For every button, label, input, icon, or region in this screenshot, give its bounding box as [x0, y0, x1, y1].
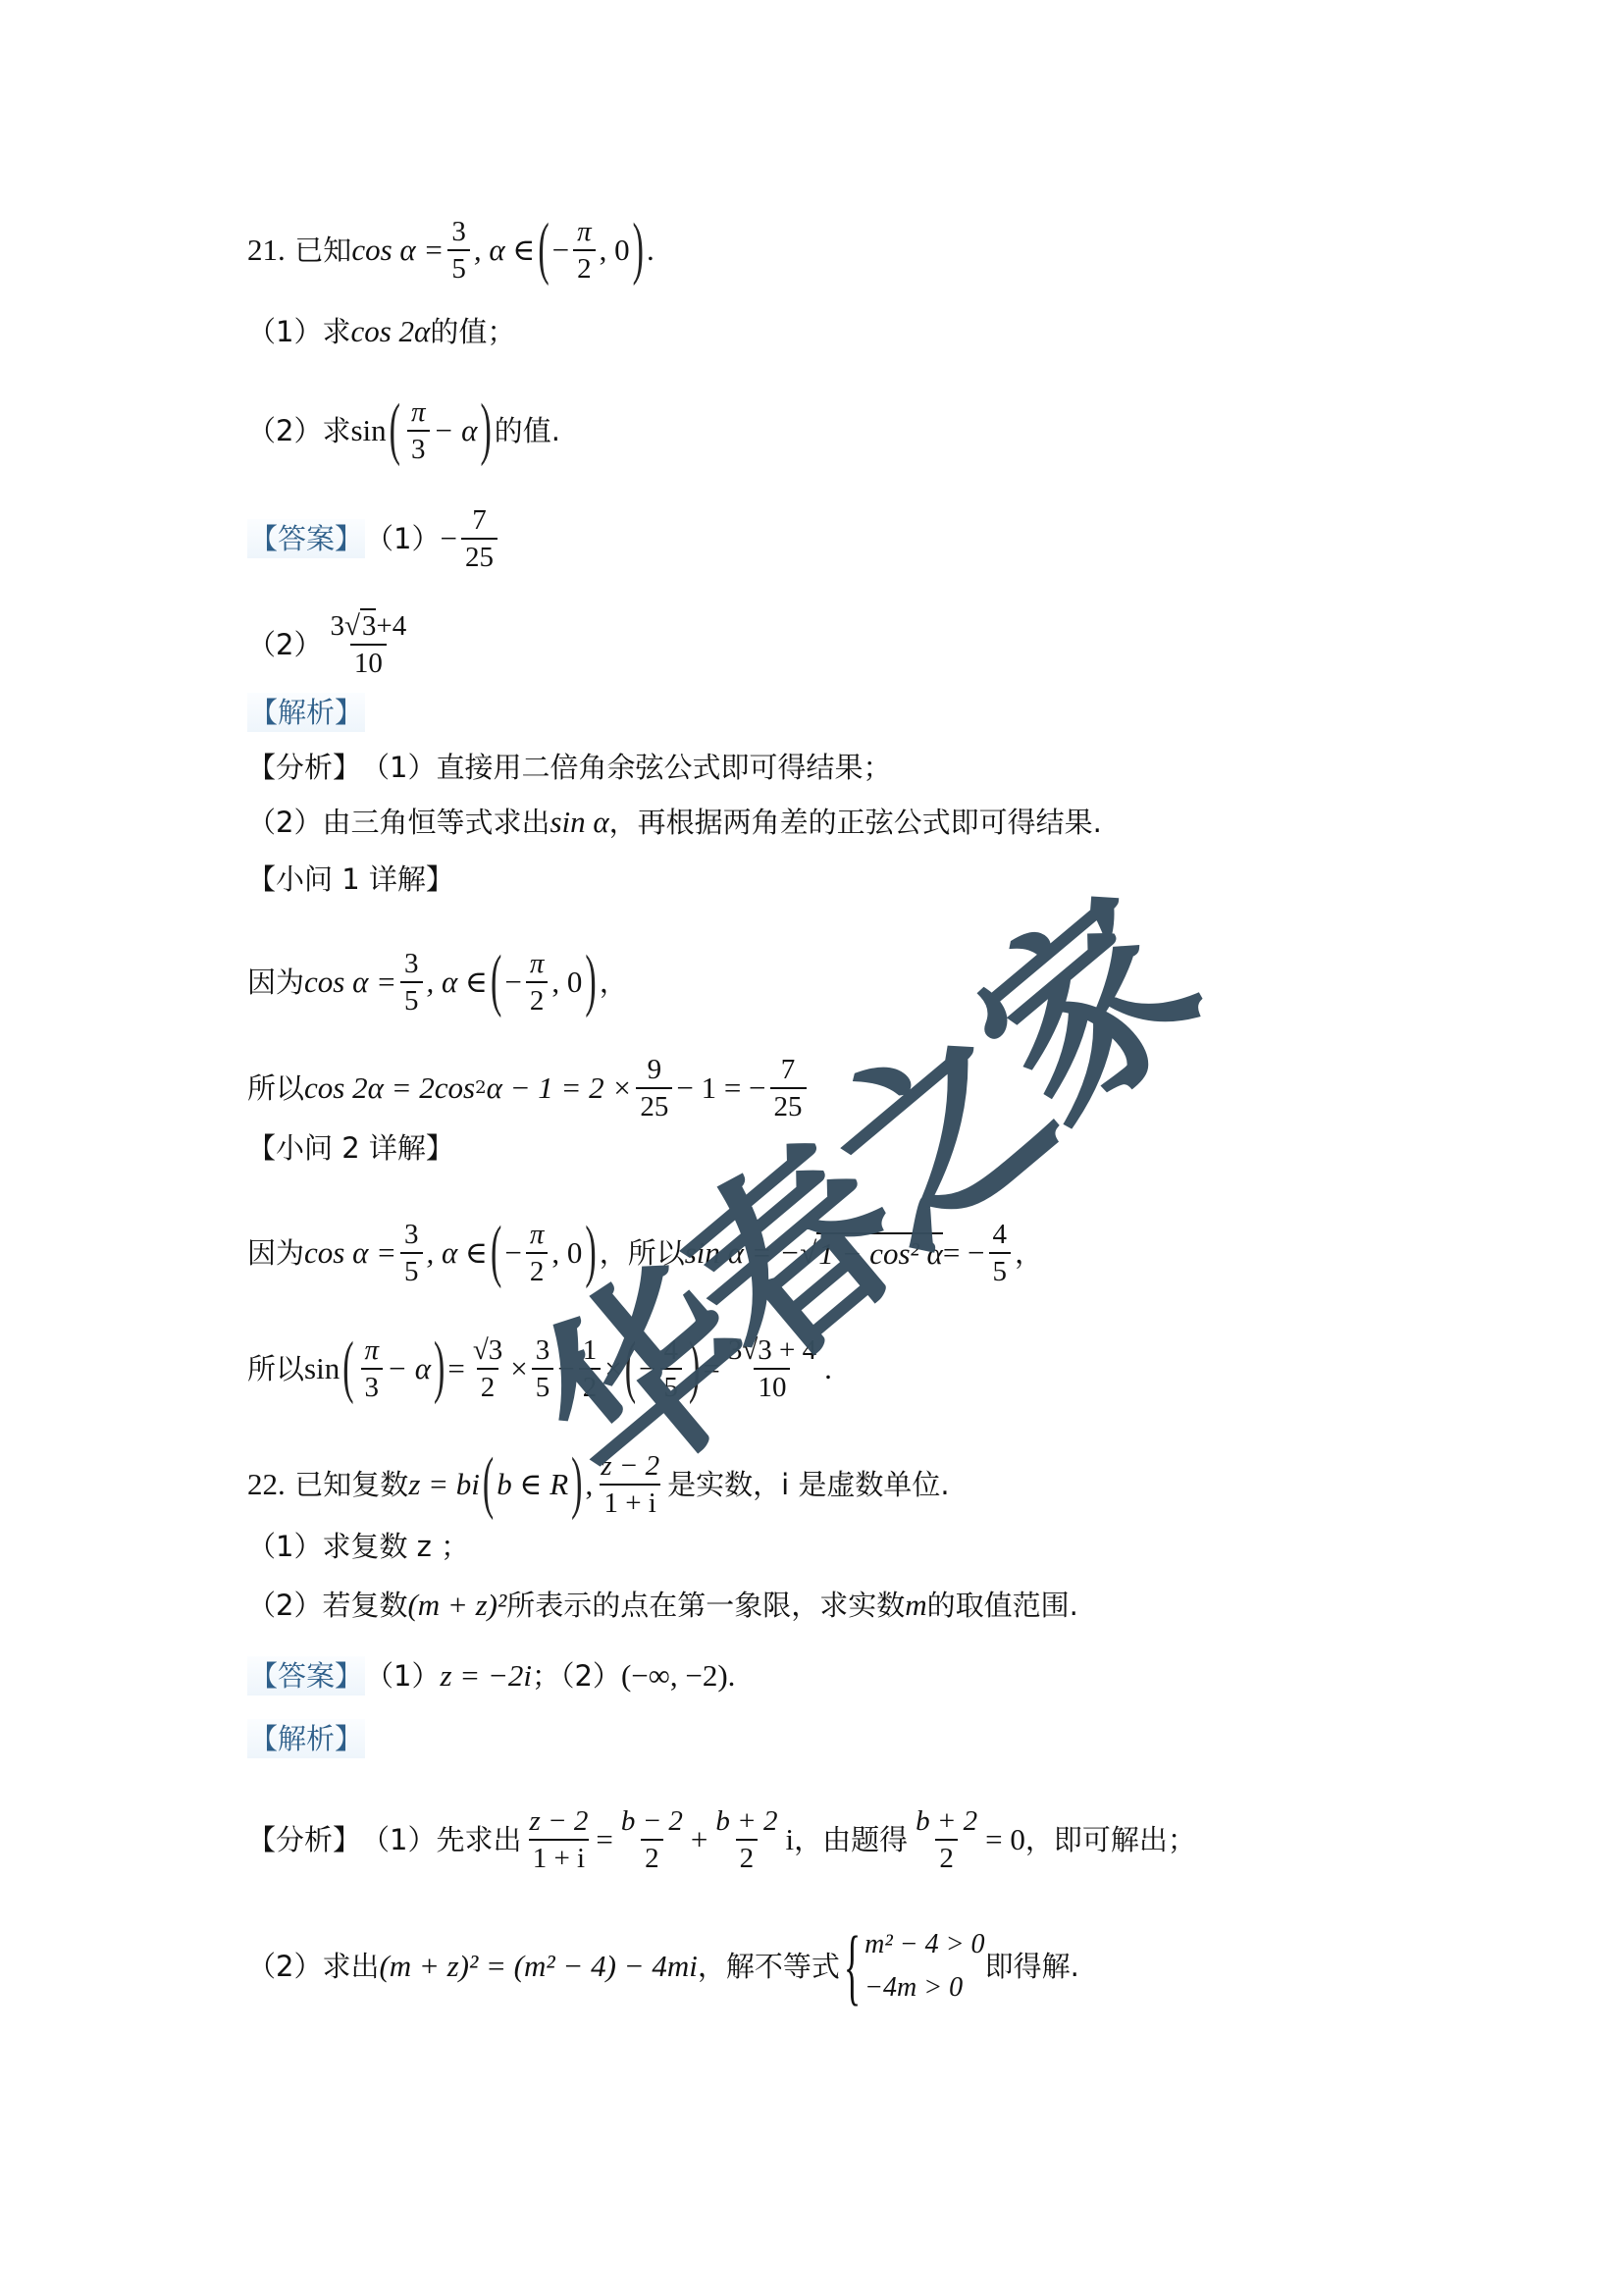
q21-answer-1: 【答案】 （1） − 725 [247, 502, 501, 575]
fraction: π3 [361, 1332, 384, 1405]
right-paren: ) [633, 209, 644, 291]
denominator: 2 [526, 981, 549, 1018]
denominator: 25 [770, 1087, 807, 1124]
math: , 0 [551, 1233, 582, 1273]
period: . [824, 1349, 832, 1388]
text: 已知复数 [294, 1465, 408, 1504]
denominator: 10 [350, 644, 387, 681]
analysis-tag: 【分析】 [247, 748, 361, 787]
fraction: 3√3+4 10 [326, 608, 410, 681]
text: 的值； [430, 312, 515, 351]
period: . [728, 1656, 736, 1696]
text: （2）求出 [247, 1947, 379, 1986]
denominator: 2 [477, 1368, 499, 1405]
text: （1）先求出 [361, 1820, 521, 1859]
stem-text: 已知 [294, 231, 351, 270]
text: ，再根据两角差的正弦公式即可得结果. [609, 803, 1102, 842]
math: sin [350, 411, 386, 450]
detail-tag: 【小问 1 详解】 [247, 860, 454, 899]
math: cos 2α [350, 312, 430, 351]
text: ，即可解出； [1025, 1820, 1196, 1859]
left-paren: ( [483, 1443, 494, 1526]
q21-detail2-line2: 所以 sin ( π3 − α ) = √32 × 35 − 12 × ( − … [247, 1332, 832, 1405]
math: cos α = [304, 1233, 396, 1273]
watermark-text: 华春之家 [467, 828, 1239, 1541]
q22-stem: 22. 已知复数 z = bi ( b ∈ R ) , z − 21 + i 是… [247, 1448, 950, 1521]
math: = [703, 1349, 719, 1388]
radicand: 1 − cos² α [816, 1232, 943, 1274]
q22-part1: （1）求复数 z ； [247, 1527, 469, 1566]
inequality-system: m² − 4 > 0 −4m > 0 [864, 1923, 984, 2009]
math: = [447, 1349, 464, 1388]
fraction: 725 [461, 502, 497, 575]
math: = − [943, 1233, 985, 1273]
answer-tag: 【答案】 [247, 1656, 365, 1696]
right-paren: ) [585, 1212, 596, 1294]
math: z = bi [408, 1465, 480, 1504]
inequality: m² − 4 > 0 [864, 1923, 984, 1966]
text: 所表示的点在第一象限，求实数 [506, 1586, 905, 1625]
numerator: √3 [469, 1332, 506, 1368]
math: = 0 [985, 1820, 1025, 1859]
math: , 0 [551, 963, 582, 1002]
math: (m + z)² [407, 1586, 506, 1625]
text: ；（2） [532, 1656, 621, 1696]
math: − [557, 1349, 574, 1388]
numerator: b − 2 [617, 1803, 687, 1839]
text: （2）由三角恒等式求出 [247, 803, 550, 842]
part-label: （1） [365, 519, 440, 558]
denominator: 5 [989, 1252, 1012, 1289]
period: . [647, 231, 654, 270]
text: 是实数，i 是虚数单位. [667, 1465, 950, 1504]
numerator: π [526, 1217, 549, 1252]
fraction: π2 [526, 1217, 549, 1289]
numerator: π [361, 1332, 384, 1368]
solution-tag: 【解析】 [247, 693, 365, 732]
document-page: 21. 已知 cos α = 35 , α ∈ ( − π2 , 0 ) . （… [0, 0, 1623, 2296]
q21-detail2-line1: 因为 cos α = 35 , α ∈ ( − π2 , 0 ) ，所以 sin… [247, 1217, 1043, 1289]
denominator: 2 [641, 1839, 663, 1876]
denominator: 25 [636, 1087, 672, 1124]
part-label: （1） [365, 1656, 440, 1696]
text: 所以 [247, 1069, 304, 1108]
fraction: b + 22 [912, 1803, 981, 1876]
q21-detail1-line1: 因为 cos α = 35 , α ∈ ( − π2 , 0 ) ， [247, 946, 628, 1018]
denominator: 5 [400, 1252, 423, 1289]
numerator: 1 [579, 1332, 602, 1368]
left-paren: ( [491, 941, 501, 1023]
text: 求 [322, 312, 350, 351]
math: i [785, 1820, 794, 1859]
fraction: 3√3 + 410 [724, 1332, 820, 1405]
text: 所以 [247, 1349, 304, 1388]
math: cos α = [304, 963, 396, 1002]
math: , [585, 1465, 593, 1504]
math: − α [434, 411, 478, 450]
fraction: π2 [573, 214, 596, 287]
math: − α [387, 1349, 431, 1388]
fraction: π3 [407, 394, 430, 467]
q21-analysis-2: （2）由三角恒等式求出 sin α ，再根据两角差的正弦公式即可得结果. [247, 803, 1102, 842]
numerator: 7 [468, 502, 491, 538]
math: = [596, 1820, 612, 1859]
fraction: b − 22 [617, 1803, 687, 1876]
fraction: 45 [989, 1217, 1012, 1289]
fraction: z − 21 + i [597, 1448, 663, 1521]
numerator: 4 [660, 1332, 683, 1368]
numerator: z − 2 [597, 1448, 663, 1484]
minus-sign: − [552, 231, 569, 270]
q21-part1: （1） 求 cos 2α 的值； [247, 312, 515, 351]
numerator: π [407, 394, 430, 430]
denominator: 2 [736, 1839, 759, 1876]
denominator: 5 [660, 1368, 683, 1405]
text: 的值. [495, 411, 560, 450]
left-brace: { [844, 1919, 861, 2013]
math: + [691, 1820, 707, 1859]
right-paren: ) [689, 1328, 700, 1410]
numerator: 7 [777, 1052, 800, 1087]
question-number: 21. [247, 231, 286, 270]
fraction: 12 [579, 1332, 602, 1405]
text: ，由题得 [794, 1820, 908, 1859]
denominator: 2 [526, 1252, 549, 1289]
inequality: −4m > 0 [864, 1966, 984, 2009]
numerator: b + 2 [912, 1803, 981, 1839]
q21-jiexi: 【解析】 [247, 693, 365, 732]
q21-detail2-tag: 【小问 2 详解】 [247, 1128, 454, 1168]
math: z = −2i [440, 1656, 532, 1696]
left-paren: ( [538, 209, 549, 291]
denominator: 10 [754, 1368, 790, 1405]
denominator: 2 [579, 1368, 602, 1405]
analysis-tag: 【分析】 [247, 1820, 361, 1859]
fraction: √32 [469, 1332, 506, 1405]
numerator: 4 [989, 1217, 1012, 1252]
fraction: 35 [400, 1217, 423, 1289]
denominator: 5 [447, 249, 470, 287]
q22-jiexi: 【解析】 [247, 1719, 365, 1758]
text: ， [600, 963, 628, 1002]
text: ，所以 [600, 1233, 685, 1273]
math-cos: cos α = [351, 231, 444, 270]
answer-tag: 【答案】 [247, 519, 365, 558]
numerator: π [573, 214, 596, 249]
denominator: 25 [461, 538, 497, 575]
left-paren: ( [390, 390, 400, 472]
math: sin [304, 1349, 340, 1388]
question-number: 22. [247, 1465, 286, 1504]
math: − 1 = − [676, 1069, 765, 1108]
denominator: 5 [532, 1368, 554, 1405]
numerator: 3√3+4 [326, 608, 410, 644]
left-paren: ( [625, 1328, 636, 1410]
text: 即得解. [985, 1947, 1079, 1986]
q21-answer-2: （2） 3√3+4 10 [247, 608, 414, 681]
text: 的取值范围. [927, 1586, 1078, 1625]
denominator: 1 + i [600, 1484, 659, 1521]
text: （2）若复数 [247, 1586, 407, 1625]
right-paren: ) [434, 1328, 445, 1410]
fraction: π2 [526, 946, 549, 1018]
right-paren: ) [585, 941, 596, 1023]
math-interval: , α ∈ [474, 231, 535, 270]
text: 因为 [247, 1233, 304, 1273]
fraction: 725 [770, 1052, 807, 1124]
term: +4 [376, 610, 406, 642]
q22-part2: （2）若复数 (m + z)² 所表示的点在第一象限，求实数 m 的取值范围. [247, 1586, 1078, 1625]
part-label: （1） [247, 312, 322, 351]
right-paren: ) [480, 390, 491, 472]
numerator: 3√3 + 4 [724, 1332, 820, 1368]
text: （1）求复数 z ； [247, 1527, 469, 1566]
text: ， [1015, 1233, 1043, 1273]
fraction: 925 [636, 1052, 672, 1124]
q21-stem: 21. 已知 cos α = 35 , α ∈ ( − π2 , 0 ) . [247, 214, 654, 287]
fraction: 35 [532, 1332, 554, 1405]
q21-analysis-1: 【分析】 （1）直接用二倍角余弦公式即可得结果； [247, 748, 891, 787]
fraction: b + 22 [711, 1803, 781, 1876]
numerator: z − 2 [525, 1803, 592, 1839]
text: （1）直接用二倍角余弦公式即可得结果； [361, 748, 891, 787]
math: (−∞, −2) [621, 1656, 728, 1696]
math-text: , 0 [600, 231, 630, 270]
minus-sign: − [504, 963, 521, 1002]
part-label: （2） [247, 625, 322, 664]
math: m [905, 1586, 926, 1625]
q22-answer: 【答案】 （1） z = −2i ；（2） (−∞, −2) . [247, 1656, 735, 1696]
solution-tag: 【解析】 [247, 1719, 365, 1758]
math: , α ∈ [427, 1233, 488, 1273]
math: sin α [550, 803, 608, 842]
math: × [510, 1349, 527, 1388]
q21-detail1-line2: 所以 cos 2α = 2cos2 α − 1 = 2 × 925 − 1 = … [247, 1052, 811, 1124]
math: (m + z)² = (m² − 4) − 4mi [379, 1947, 697, 1986]
q21-part2: （2） 求 sin ( π3 − α ) 的值. [247, 394, 560, 467]
fraction: 35 [447, 214, 470, 287]
q22-analysis-1: 【分析】 （1）先求出 z − 21 + i = b − 22 + b + 22… [247, 1803, 1196, 1876]
math: α − 1 = 2 × [487, 1069, 633, 1108]
part-label: （2） [247, 411, 322, 450]
numerator: 3 [400, 1217, 423, 1252]
math: b ∈ R [497, 1465, 568, 1504]
denominator: 3 [407, 430, 430, 467]
numerator: π [526, 946, 549, 981]
math: sin α = − [685, 1233, 801, 1273]
denominator: 1 + i [529, 1839, 589, 1876]
numerator: b + 2 [711, 1803, 781, 1839]
fraction: 45 [660, 1332, 683, 1405]
denominator: 2 [573, 249, 596, 287]
minus-sign: − [440, 519, 456, 558]
fraction: z − 21 + i [525, 1803, 592, 1876]
coef: 3 [330, 610, 344, 642]
q21-detail1-tag: 【小问 1 详解】 [247, 860, 454, 899]
left-paren: ( [342, 1328, 353, 1410]
numerator: 3 [532, 1332, 554, 1368]
denominator: 3 [361, 1368, 384, 1405]
math: , α ∈ [427, 963, 488, 1002]
denominator: 2 [935, 1839, 958, 1876]
math: cos 2α = 2cos [304, 1069, 475, 1108]
math: − [639, 1349, 655, 1388]
minus-sign: − [504, 1233, 521, 1273]
left-paren: ( [491, 1212, 501, 1294]
text: ，解不等式 [698, 1947, 840, 1986]
fraction: 35 [400, 946, 423, 1018]
text: 求 [322, 411, 350, 450]
numerator: 3 [447, 214, 470, 249]
math: × [604, 1349, 621, 1388]
numerator: 3 [400, 946, 423, 981]
text: 因为 [247, 963, 304, 1002]
denominator: 5 [400, 981, 423, 1018]
radicand: 3 [360, 608, 377, 642]
detail-tag: 【小问 2 详解】 [247, 1128, 454, 1168]
q22-analysis-2: （2）求出 (m + z)² = (m² − 4) − 4mi ，解不等式 { … [247, 1923, 1079, 2009]
numerator: 9 [644, 1052, 666, 1087]
right-paren: ) [571, 1443, 582, 1526]
